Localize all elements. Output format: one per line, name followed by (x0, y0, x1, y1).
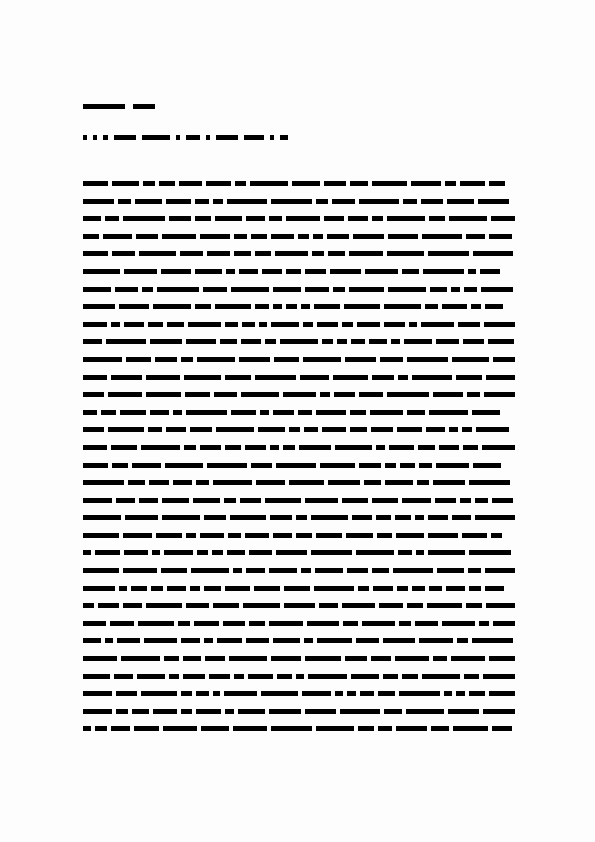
text-line (83, 391, 515, 399)
text-line (83, 250, 515, 258)
text-line (83, 409, 515, 417)
document-header: [illegible] (83, 96, 155, 104)
text-line (83, 549, 515, 557)
text-line (83, 637, 515, 645)
text-line (83, 426, 515, 434)
text-line (83, 198, 515, 206)
text-line (83, 602, 515, 610)
text-line (83, 567, 515, 575)
text-line (83, 444, 515, 452)
text-line (83, 690, 515, 698)
text-line (83, 462, 515, 470)
text-line (83, 286, 515, 294)
text-line (83, 233, 515, 241)
document-body: [illegible paragraph text] (83, 180, 515, 743)
text-line (83, 585, 515, 593)
text-line (83, 620, 515, 628)
text-line (83, 673, 515, 681)
document-subtitle: [illegible] (83, 127, 288, 135)
text-line (83, 321, 515, 329)
text-line (83, 180, 515, 188)
text-line (83, 497, 515, 505)
text-line (83, 374, 515, 382)
text-line (83, 338, 515, 346)
text-line (83, 514, 515, 522)
text-line (83, 532, 515, 540)
text-line (83, 655, 515, 663)
text-line (83, 708, 515, 716)
text-line (83, 268, 515, 276)
text-line (83, 479, 515, 487)
text-line (83, 725, 515, 733)
text-line (83, 356, 515, 364)
text-line (83, 303, 515, 311)
text-line (83, 215, 515, 223)
